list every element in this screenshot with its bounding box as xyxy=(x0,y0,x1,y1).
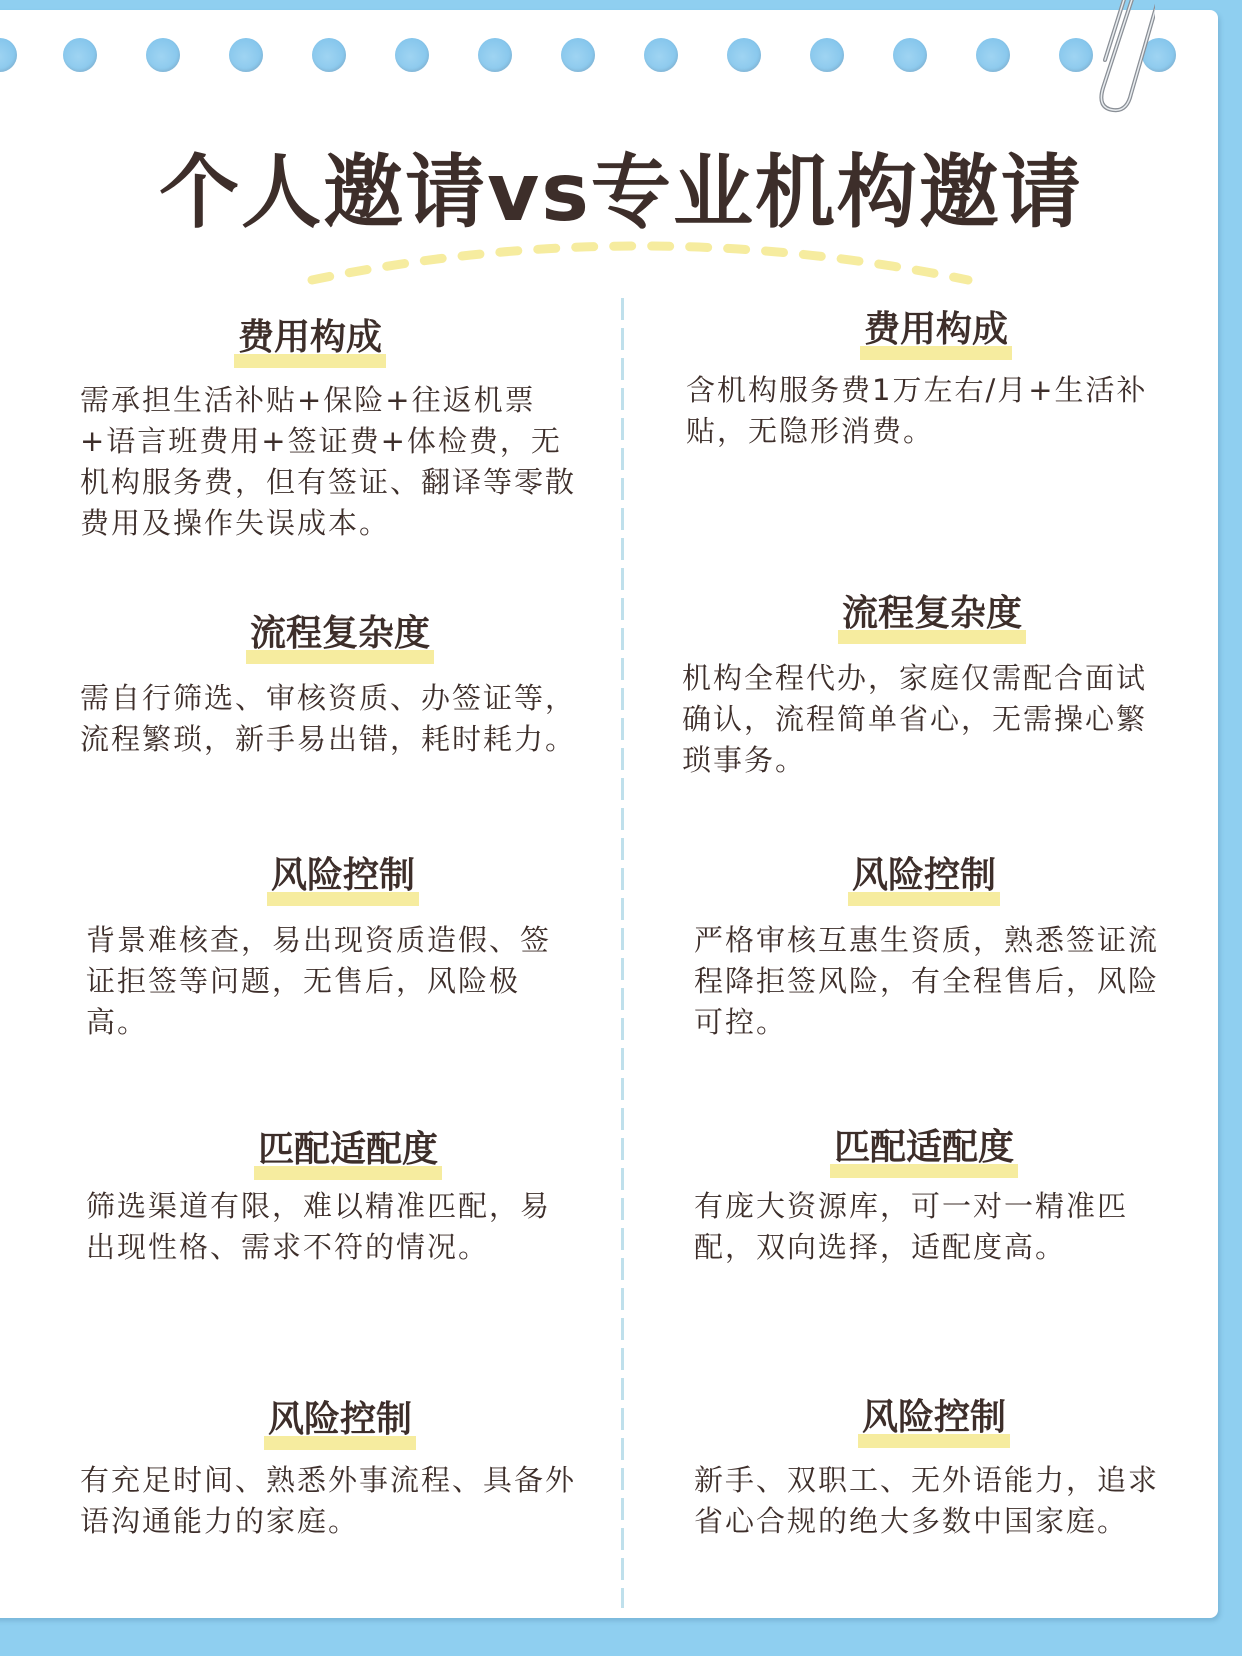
personal-cost-section: 费用构成 需承担生活补贴+保险+往返机票+语言班费用+签证费+体检费，无机构服务… xyxy=(80,316,580,544)
binder-hole xyxy=(644,38,678,72)
binder-hole xyxy=(395,38,429,72)
section-heading: 风险控制 xyxy=(264,1398,416,1442)
section-heading: 风险控制 xyxy=(267,854,419,898)
binder-hole xyxy=(561,38,595,72)
binder-hole xyxy=(478,38,512,72)
agency-risk-section: 风险控制 严格审核互惠生资质，熟悉签证流程降拒签风险，有全程售后，风险可控。 xyxy=(694,854,1164,1043)
binder-hole xyxy=(63,38,97,72)
section-heading: 费用构成 xyxy=(860,308,1012,352)
section-text: 含机构服务费1万左右/月+生活补贴，无隐形消费。 xyxy=(686,370,1156,452)
agency-process-section: 流程复杂度 机构全程代办，家庭仅需配合面试确认，流程简单省心，无需操心繁琐事务。 xyxy=(682,592,1152,781)
binder-holes xyxy=(0,38,1242,78)
section-heading: 风险控制 xyxy=(848,854,1000,898)
decorative-dashed-arc xyxy=(300,232,980,292)
binder-hole xyxy=(893,38,927,72)
section-heading: 流程复杂度 xyxy=(246,612,434,656)
agency-cost-section: 费用构成 含机构服务费1万左右/月+生活补贴，无隐形消费。 xyxy=(686,308,1156,452)
binder-hole xyxy=(229,38,263,72)
binder-hole xyxy=(0,38,17,72)
agency-match-section: 匹配适配度 有庞大资源库，可一对一精准匹配，双向选择，适配度高。 xyxy=(694,1126,1174,1268)
binder-hole xyxy=(312,38,346,72)
paperclip-icon xyxy=(1075,0,1155,115)
column-divider xyxy=(621,298,624,1608)
section-text: 有充足时间、熟悉外事流程、具备外语沟通能力的家庭。 xyxy=(80,1460,580,1542)
section-heading: 流程复杂度 xyxy=(838,592,1026,636)
binder-hole xyxy=(727,38,761,72)
page-title: 个人邀请vs专业机构邀请 xyxy=(0,128,1242,243)
section-text: 严格审核互惠生资质，熟悉签证流程降拒签风险，有全程售后，风险可控。 xyxy=(694,920,1164,1043)
section-text: 需承担生活补贴+保险+往返机票+语言班费用+签证费+体检费，无机构服务费，但有签… xyxy=(80,380,580,544)
binder-hole xyxy=(976,38,1010,72)
personal-match-section: 匹配适配度 筛选渠道有限，难以精准匹配，易出现性格、需求不符的情况。 xyxy=(86,1128,580,1268)
agency-suitable-section: 风险控制 新手、双职工、无外语能力，追求省心合规的绝大多数中国家庭。 xyxy=(694,1396,1174,1542)
personal-suitable-section: 风险控制 有充足时间、熟悉外事流程、具备外语沟通能力的家庭。 xyxy=(80,1398,580,1542)
section-text: 机构全程代办，家庭仅需配合面试确认，流程简单省心，无需操心繁琐事务。 xyxy=(682,658,1152,781)
personal-process-section: 流程复杂度 需自行筛选、审核资质、办签证等，流程繁琐，新手易出错，耗时耗力。 xyxy=(80,612,580,760)
section-text: 需自行筛选、审核资质、办签证等，流程繁琐，新手易出错，耗时耗力。 xyxy=(80,678,580,760)
section-heading: 费用构成 xyxy=(234,316,386,360)
section-heading: 风险控制 xyxy=(858,1396,1010,1440)
section-heading: 匹配适配度 xyxy=(254,1128,442,1172)
section-text: 筛选渠道有限，难以精准匹配，易出现性格、需求不符的情况。 xyxy=(86,1186,580,1268)
section-text: 新手、双职工、无外语能力，追求省心合规的绝大多数中国家庭。 xyxy=(694,1460,1174,1542)
section-heading: 匹配适配度 xyxy=(830,1126,1018,1170)
section-text: 背景难核查，易出现资质造假、签证拒签等问题，无售后，风险极高。 xyxy=(86,920,580,1043)
personal-risk-section: 风险控制 背景难核查，易出现资质造假、签证拒签等问题，无售后，风险极高。 xyxy=(86,854,580,1043)
binder-hole xyxy=(810,38,844,72)
section-text: 有庞大资源库，可一对一精准匹配，双向选择，适配度高。 xyxy=(694,1186,1174,1268)
binder-hole xyxy=(146,38,180,72)
